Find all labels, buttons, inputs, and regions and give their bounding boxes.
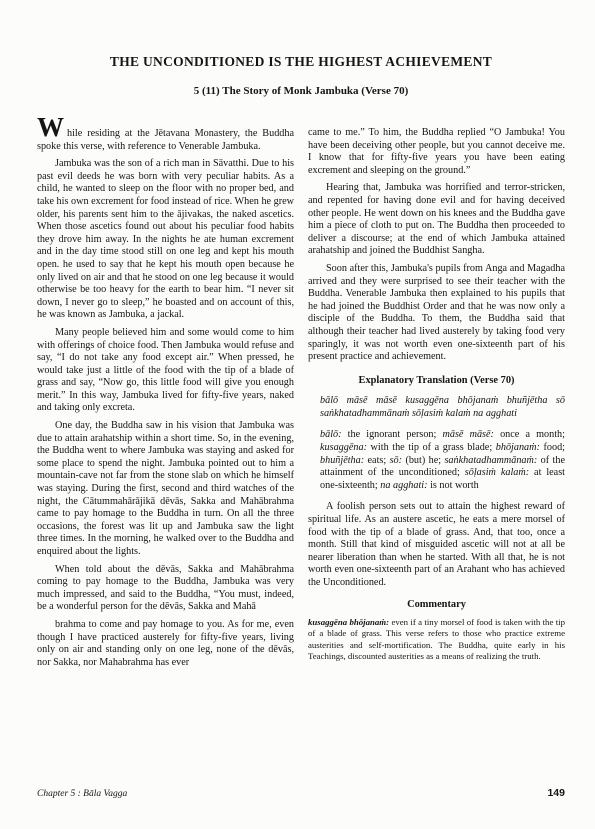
explanatory-translation-heading: Explanatory Translation (Verse 70) [308,375,565,388]
page-title: THE UNCONDITIONED IS THE HIGHEST ACHIEVE… [37,54,565,70]
commentary-text: kusaggēna bhōjanaṁ: even if a tiny morse… [308,617,565,662]
pali-verse: bālō māsē māsē kusaggēna bhōjanaṁ bhuñjē… [320,395,565,420]
story-paragraph: One day, the Buddha saw in his vision th… [37,420,294,559]
story-paragraph: Jambuka was the son of a rich man in Sāv… [37,158,294,322]
page-number: 149 [547,787,565,799]
book-page: THE UNCONDITIONED IS THE HIGHEST ACHIEVE… [0,0,595,829]
opening-text: hile residing at the Jētavana Monastery,… [37,128,294,152]
translation-paragraph: A foolish person sets out to attain the … [308,501,565,589]
word-by-word-gloss: bālō: the ignorant person; māsē māsē: on… [320,429,565,492]
story-paragraph: Soon after this, Jambuka's pupils from A… [308,263,565,364]
two-column-layout: While residing at the Jētavana Monastery… [37,127,565,674]
opening-paragraph: While residing at the Jētavana Monastery… [37,127,294,153]
story-paragraph: brahma to come and pay homage to you. As… [37,619,294,669]
right-column: came to me.” To him, the Buddha replied … [308,127,565,674]
story-paragraph: Many people believed him and some would … [37,327,294,415]
story-paragraph: When told about the dēvās, Sakka and Mah… [37,564,294,614]
story-paragraph: Hearing that, Jambuka was horrified and … [308,182,565,258]
left-column: While residing at the Jētavana Monastery… [37,127,294,674]
page-footer: Chapter 5 : Bāla Vagga 149 [37,787,565,799]
commentary-heading: Commentary [308,599,565,612]
story-paragraph-continuation: came to me.” To him, the Buddha replied … [308,127,565,177]
dropcap-w: W [37,112,65,142]
story-subtitle: 5 (11) The Story of Monk Jambuka (Verse … [37,85,565,97]
chapter-label: Chapter 5 : Bāla Vagga [37,789,127,799]
